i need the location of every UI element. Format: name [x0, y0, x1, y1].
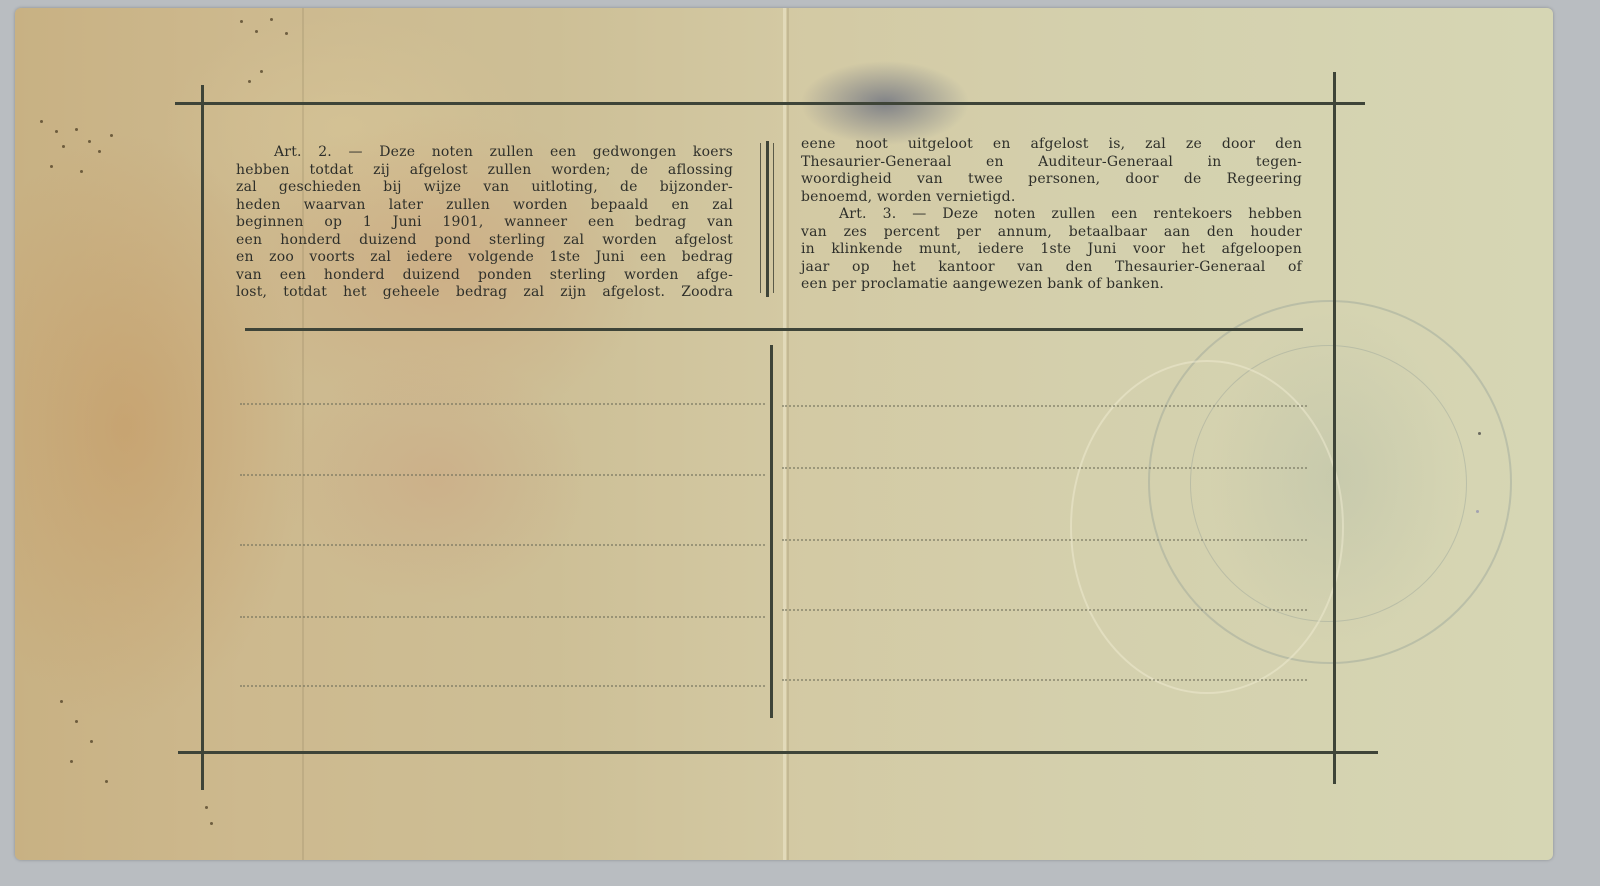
- text-line: van een honderd duizend ponden sterling …: [236, 267, 733, 285]
- frame-bottom-rule: [178, 751, 1378, 754]
- foxing-speck: [210, 822, 213, 825]
- text-line: van zes percent per annum, betaalbaar aa…: [801, 224, 1302, 242]
- text-line: jaar op het kantoor van den Thesaurier-G…: [801, 259, 1302, 277]
- center-fold-shadow: [787, 8, 789, 860]
- foxing-speck: [90, 740, 93, 743]
- text-line: eene noot uitgeloot en afgelost is, zal …: [801, 136, 1302, 154]
- text-line: en zoo voorts zal iedere volgende 1ste J…: [236, 249, 733, 267]
- article-2-3-text: eene noot uitgeloot en afgelost is, zal …: [801, 136, 1302, 294]
- text-line: lost, totdat het geheele bedrag zal zijn…: [236, 284, 733, 302]
- foxing-speck: [80, 170, 83, 173]
- foxing-speck: [248, 80, 251, 83]
- frame-top-rule: [175, 102, 1365, 105]
- text-line: hebben totdat zij afgelost zullen worden…: [236, 162, 733, 180]
- text-line: een honderd duizend pond sterling zal wo…: [236, 232, 733, 250]
- text-line: benoemd, worden vernietigd.: [801, 189, 1302, 207]
- center-fold: [783, 8, 786, 860]
- text-line: Art. 3. — Deze noten zullen een rentekoe…: [801, 206, 1302, 224]
- text-line: zal geschieden bij wijze van uitloting, …: [236, 179, 733, 197]
- left-fold: [302, 8, 304, 860]
- foxing-speck: [75, 720, 78, 723]
- foxing-speck: [62, 145, 65, 148]
- dotted-line-right-2: [782, 467, 1307, 469]
- frame-right-rule: [1333, 72, 1336, 784]
- foxing-speck: [55, 130, 58, 133]
- foxing-speck: [110, 134, 113, 137]
- column-divider-thin-left: [760, 143, 761, 293]
- text-line: een per proclamatie aangewezen bank of b…: [801, 276, 1302, 294]
- dotted-line-left-4: [240, 616, 765, 618]
- article-2-text: Art. 2. — Deze noten zullen een gedwonge…: [236, 144, 733, 302]
- frame-left-rule: [201, 85, 204, 790]
- text-section-separator: [245, 328, 1303, 331]
- faint-stamp-center: [1070, 360, 1344, 694]
- dotted-line-right-3: [782, 539, 1307, 541]
- text-line: Art. 2. — Deze noten zullen een gedwonge…: [236, 144, 733, 162]
- dotted-line-left-1: [240, 403, 765, 405]
- column-divider-thick: [766, 141, 769, 297]
- foxing-speck: [98, 150, 101, 153]
- paper-hole: [1476, 510, 1479, 513]
- text-line: in klinkende munt, iedere 1ste Juni voor…: [801, 241, 1302, 259]
- lower-column-divider: [770, 345, 773, 718]
- column-divider-thin-right: [773, 143, 774, 293]
- foxing-speck: [270, 18, 273, 21]
- foxing-speck: [60, 700, 63, 703]
- foxing-speck: [255, 30, 258, 33]
- foxing-speck: [260, 70, 263, 73]
- dotted-line-left-2: [240, 474, 765, 476]
- text-line: beginnen op 1 Juni 1901, wanneer een bed…: [236, 214, 733, 232]
- foxing-speck: [40, 120, 43, 123]
- foxing-speck: [70, 760, 73, 763]
- dotted-line-left-5: [240, 685, 765, 687]
- text-line: woordigheid van twee personen, door de R…: [801, 171, 1302, 189]
- foxing-speck: [75, 128, 78, 131]
- dotted-line-right-5: [782, 679, 1307, 681]
- foxing-speck: [1478, 432, 1481, 435]
- text-line: Thesaurier-Generaal en Auditeur-Generaal…: [801, 154, 1302, 172]
- foxing-speck: [285, 32, 288, 35]
- foxing-speck: [205, 806, 208, 809]
- text-line: heden waarvan later zullen worden bepaal…: [236, 197, 733, 215]
- dotted-line-right-4: [782, 609, 1307, 611]
- foxing-speck: [50, 165, 53, 168]
- dotted-line-left-3: [240, 544, 765, 546]
- foxing-speck: [105, 780, 108, 783]
- foxing-speck: [88, 140, 91, 143]
- dotted-line-right-1: [782, 405, 1307, 407]
- foxing-speck: [240, 20, 243, 23]
